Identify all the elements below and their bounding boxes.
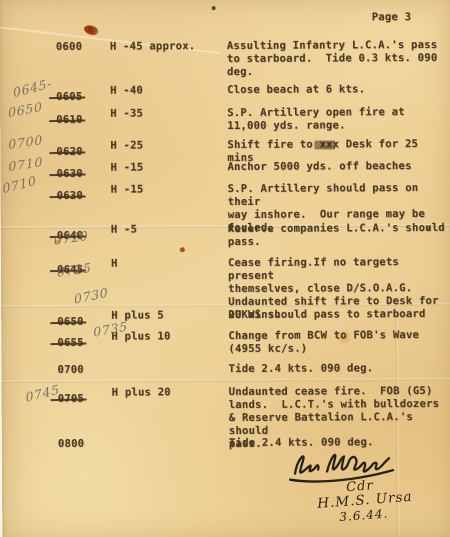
page-number: Page 3 — [372, 11, 412, 24]
time-cell: 0605 — [56, 91, 82, 103]
paper: Page 3 0600 H -45 approx. Assulting Infa… — [0, 0, 450, 537]
table-row: 0650 H plus 5 DUKWS should pass to starb… — [1, 308, 450, 329]
table-row: 0705 H plus 20 Undaunted cease fire. FOB… — [2, 385, 450, 406]
description-cell: Change from BCW to FOB's Wave (4955 kc/s… — [228, 329, 450, 356]
h-offset-cell: H -15 — [111, 183, 144, 196]
description-cell: Close beach at 6 kts. — [227, 83, 449, 97]
time-cell: 0610 — [56, 114, 82, 126]
time-cell: 0700 — [57, 364, 83, 377]
crease-line — [2, 378, 450, 383]
table-row: 0610 H -35 S.P. Artillery open fire at 1… — [0, 106, 450, 127]
h-offset-cell: H -15 — [110, 161, 143, 174]
description-cell: Reserve companies L.C.A.'s should pass. — [228, 222, 450, 249]
table-row: 0630 H -15 S.P. Artillery should pass on… — [1, 182, 450, 203]
time-cell: 0655 — [57, 337, 83, 349]
table-row: 0630 H -15 Anchor 5000 yds. off beaches — [0, 160, 450, 181]
description-cell: DUKWS should pass to starboard — [228, 308, 450, 322]
scanned-document: Page 3 0600 H -45 approx. Assulting Infa… — [0, 0, 450, 537]
description-cell: Anchor 5000 yds. off beaches — [227, 160, 449, 174]
time-cell: 0620 — [56, 146, 82, 158]
time-cell: 0705 — [58, 393, 84, 405]
time-cell: 0600 — [56, 41, 82, 54]
h-offset-cell: H -5 — [111, 223, 137, 236]
h-offset-cell: H plus 20 — [112, 386, 171, 399]
time-cell: 0800 — [58, 438, 84, 451]
table-row: 0600 H -45 approx. Assulting Infantry L.… — [0, 39, 450, 41]
time-cell: 0630 — [57, 190, 83, 202]
description-cell: Assulting Infantry L.C.A.'s pass to star… — [227, 39, 449, 79]
handwritten-time: 0730 — [73, 284, 109, 306]
signature-date: 3.6.44. — [339, 506, 389, 524]
h-offset-cell: H -25 — [110, 139, 143, 152]
table-row: 0605 H -40 Close beach at 6 kts. — [0, 83, 450, 104]
stain — [180, 247, 185, 252]
table-row: 0800 Tide 2.4 kts. 090 deg. — [2, 436, 450, 438]
h-offset-cell: H -45 approx. — [110, 40, 196, 53]
time-cell: 0630 — [56, 168, 82, 180]
h-offset-cell: H — [111, 258, 118, 271]
h-offset-cell: H -35 — [110, 107, 143, 120]
stain — [83, 24, 100, 37]
stain — [212, 6, 216, 10]
h-offset-cell: H -40 — [110, 84, 143, 97]
description-cell: S.P. Artillery open fire at 11,000 yds. … — [227, 106, 449, 133]
table-row: 0655 H plus 10 Change from BCW to FOB's … — [1, 329, 450, 350]
time-cell: 0650 — [57, 316, 83, 328]
table-row: 0620 H -25 Shift fire to xxx Desk for 25… — [0, 138, 450, 159]
table-row: 0700 Tide 2.4 kts. 090 deg. — [1, 362, 450, 364]
description-cell: Tide 2.4 kts. 090 deg. — [228, 362, 450, 376]
